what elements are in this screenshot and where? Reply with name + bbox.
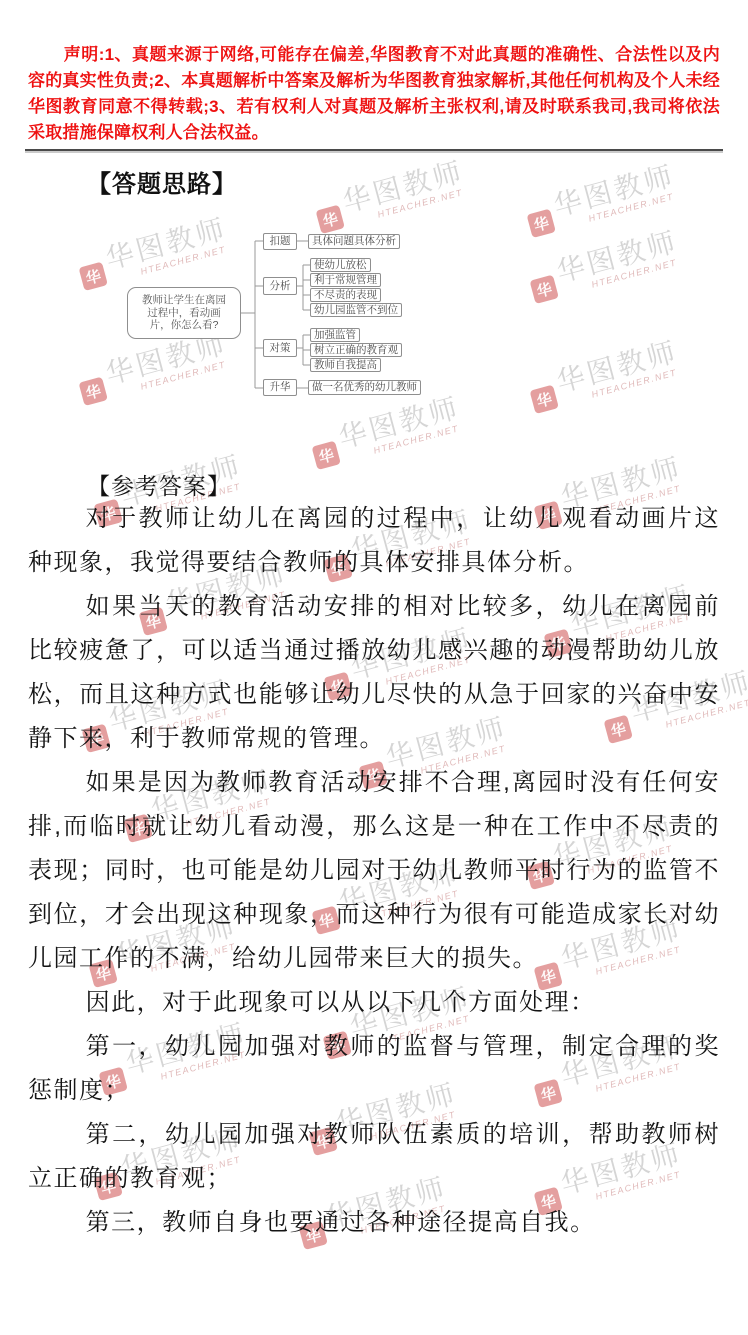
branch-duice: 对策 xyxy=(263,339,297,357)
answer-body: 对于教师让幼儿在离园的过程中，让幼儿观看动画片这种现象，我觉得要结合教师的具体安… xyxy=(28,497,720,1245)
watermark-brand-text: 华图教师 xyxy=(554,338,681,397)
answer-paragraph: 对于教师让幼儿在离园的过程中，让幼儿观看动画片这种现象，我觉得要结合教师的具体安… xyxy=(28,497,720,585)
huatu-logo-icon: 华 xyxy=(530,275,559,304)
disclaimer-body: 1、真题来源于网络,可能存在偏差,华图教育不对此真题的准确性、合法性以及内容的真… xyxy=(28,45,720,142)
leaf-node: 树立正确的教育观 xyxy=(310,343,402,357)
huatu-logo-icon: 华 xyxy=(79,262,108,291)
section-title-thinking: 【答题思路】 xyxy=(87,164,237,199)
horizontal-divider xyxy=(25,149,723,151)
leaf-node: 加强监管 xyxy=(310,328,360,342)
huatu-logo-icon: 华 xyxy=(312,441,341,470)
leaf-node: 使幼儿放松 xyxy=(310,258,371,272)
watermark-domain-text: HTEACHER.NET xyxy=(591,367,684,400)
leaf-node: 做一名优秀的幼儿教师 xyxy=(308,380,421,395)
branch-fenxi: 分析 xyxy=(263,277,297,295)
mindmap-root-node: 教师让学生在离园 过程中，看动画 片，你怎么看? xyxy=(127,287,241,339)
branch-shenghua: 升华 xyxy=(263,379,297,396)
brand-watermark: 华华图教师HTEACHER.NET xyxy=(526,228,684,305)
watermark-domain-text: HTEACHER.NET xyxy=(377,187,470,220)
branch-koti: 扣题 xyxy=(263,233,297,250)
brand-watermark: 华华图教师HTEACHER.NET xyxy=(523,162,681,239)
huatu-logo-icon: 华 xyxy=(530,385,559,414)
watermark-brand-text: 华图教师 xyxy=(340,158,467,217)
leaf-node: 利于常规管理 xyxy=(310,273,381,287)
answer-paragraph: 如果是因为教师教育活动安排不合理,离园时没有任何安排,而临时就让幼儿看动漫，那么… xyxy=(28,761,720,981)
huatu-logo-icon: 华 xyxy=(79,377,108,406)
answer-paragraph: 第三，教师自身也要通过各种途径提高自我。 xyxy=(28,1201,720,1245)
answer-paragraph: 因此，对于此现象可以从以下几个方面处理： xyxy=(28,981,720,1025)
root-line-1: 教师让学生在离园 xyxy=(142,295,226,306)
brand-watermark: 华华图教师HTEACHER.NET xyxy=(312,158,470,235)
answer-paragraph: 第二，幼儿园加强对教师队伍素质的培训，帮助教师树立正确的教育观； xyxy=(28,1113,720,1201)
mindmap-diagram: 教师让学生在离园 过程中，看动画 片，你怎么看? 扣题 分析 对策 升华 具体问… xyxy=(125,225,455,417)
brand-watermark: 华华图教师HTEACHER.NET xyxy=(526,338,684,415)
leaf-node: 不尽责的表现 xyxy=(310,288,381,302)
huatu-logo-icon: 华 xyxy=(527,209,556,238)
leaf-node: 教师自我提高 xyxy=(310,358,381,372)
disclaimer-text: 声明:1、真题来源于网络,可能存在偏差,华图教育不对此真题的准确性、合法性以及内… xyxy=(28,42,720,146)
disclaimer-label: 声明: xyxy=(64,45,105,64)
root-line-2: 过程中，看动画 xyxy=(147,308,221,319)
leaf-node: 具体问题具体分析 xyxy=(308,234,400,249)
watermark-domain-text: HTEACHER.NET xyxy=(373,423,466,456)
leaf-node: 幼儿园监管不到位 xyxy=(310,303,402,317)
answer-paragraph: 如果当天的教育活动安排的相对比较多，幼儿在离园前比较疲惫了，可以适当通过播放幼儿… xyxy=(28,585,720,761)
root-line-3: 片，你怎么看? xyxy=(150,320,219,331)
watermark-domain-text: HTEACHER.NET xyxy=(591,257,684,290)
watermark-brand-text: 华图教师 xyxy=(551,162,678,221)
document-page: 华华图教师HTEACHER.NET华华图教师HTEACHER.NET华华图教师H… xyxy=(0,0,748,1335)
watermark-domain-text: HTEACHER.NET xyxy=(588,191,681,224)
watermark-brand-text: 华图教师 xyxy=(554,228,681,287)
answer-paragraph: 第一，幼儿园加强对教师的监督与管理，制定合理的奖惩制度； xyxy=(28,1025,720,1113)
